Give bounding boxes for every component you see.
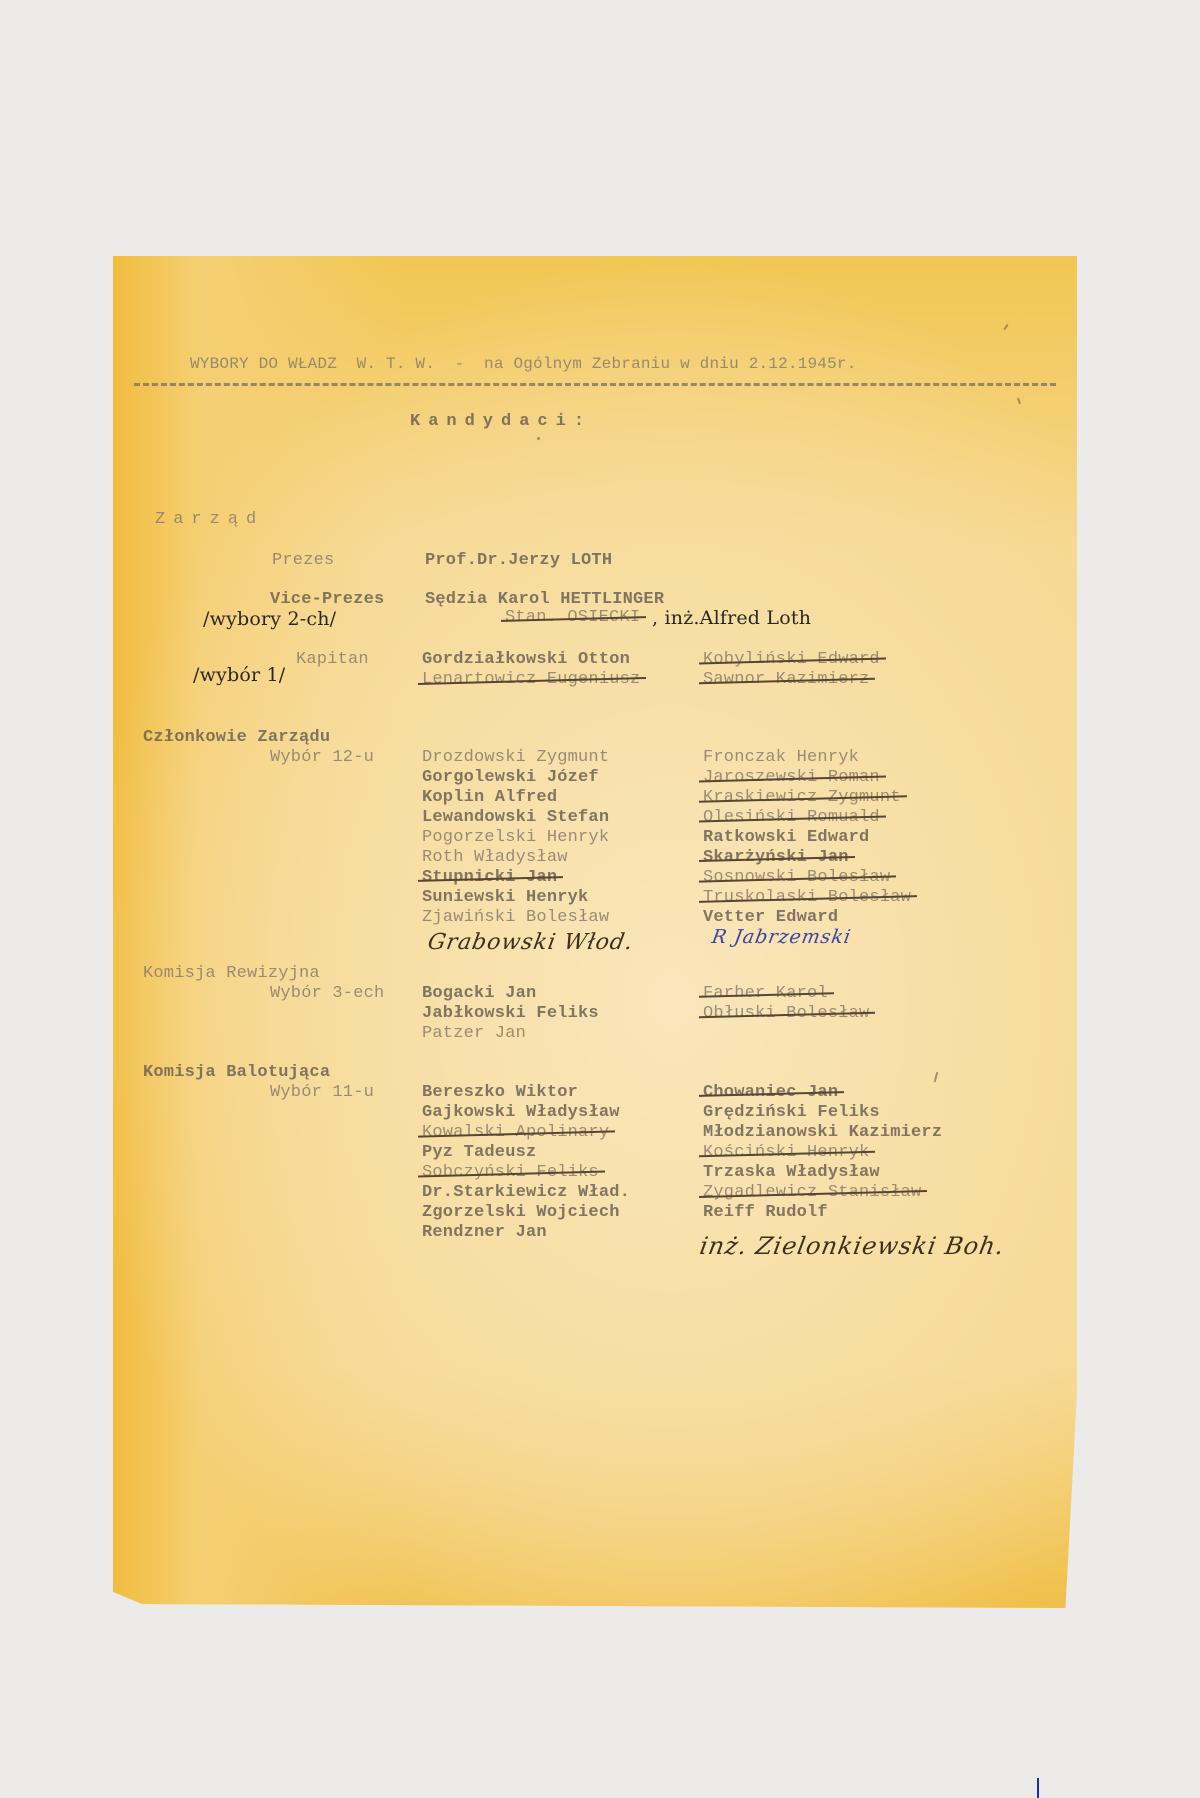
rewizyjna-note: Wybór 3-ech <box>270 984 384 1003</box>
czlonkowie-right-8: Vetter Edward <box>703 908 838 927</box>
blue-ink-mark <box>1037 1778 1039 1798</box>
rewizyjna-right-1-struck: Obłuski Bolesław <box>703 1004 869 1023</box>
czlonkowie-left-6-struck: Stupnicki Jan <box>422 868 557 887</box>
balotujaca-right-4: Trzaska Władysław <box>703 1163 880 1182</box>
handwritten-zielonkiewski: inż. Zielonkiewski Boh. <box>698 1232 1007 1260</box>
balotujaca-right-6: Reiff Rudolf <box>703 1203 828 1222</box>
role-label-kapitan: Kapitan <box>296 650 369 669</box>
czlonkowie-right-2-struck: Kraskiewicz Zygmunt <box>703 788 901 807</box>
section-heading-czlonkowie: Członkowie Zarządu <box>143 728 330 747</box>
vice-prezes-note: /wybory 2-ch/ <box>203 608 336 630</box>
candidate-vice-3-added: , inż.Alfred Loth <box>652 607 811 629</box>
balotujaca-left-4-struck: Sobczyński Feliks <box>422 1163 599 1182</box>
czlonkowie-note: Wybór 12-u <box>270 748 374 767</box>
balotujaca-right-5-struck: Zygadlewicz Stanisław <box>703 1183 921 1202</box>
kapitan-note: /wybór 1/ <box>193 664 285 686</box>
czlonkowie-right-7-struck: Truskolaski Bolesław <box>703 888 911 907</box>
balotujaca-right-0-struck: Chowaniec Jan <box>703 1083 838 1102</box>
section-heading-rewizyjna: Komisja Rewizyjna <box>143 964 320 983</box>
balotujaca-left-6: Zgorzelski Wojciech <box>422 1203 620 1222</box>
rewizyjna-left-0: Bogacki Jan <box>422 984 536 1003</box>
czlonkowie-left-4: Pogorzelski Henryk <box>422 828 609 847</box>
czlonkowie-right-0: Fronczak Henryk <box>703 748 859 767</box>
czlonkowie-right-4: Ratkowski Edward <box>703 828 869 847</box>
kapitan-left-0: Gordziałkowski Otton <box>422 650 630 669</box>
candidate-prezes: Prof.Dr.Jerzy LOTH <box>425 551 612 570</box>
stray-dot <box>537 437 540 440</box>
kapitan-right-1-struck: Sawnor Kazimierz <box>703 670 869 689</box>
czlonkowie-left-5: Roth Władysław <box>422 848 568 867</box>
candidate-vice-2-struck: Stan. OSIECKI <box>505 608 640 627</box>
czlonkowie-right-3-struck: Olesiński Romuald <box>703 808 880 827</box>
czlonkowie-left-0: Drozdowski Zygmunt <box>422 748 609 767</box>
balotujaca-right-1: Grędziński Feliks <box>703 1103 880 1122</box>
czlonkowie-left-1: Gorgolewski Józef <box>422 768 599 787</box>
balotujaca-left-5: Dr.Starkiewicz Wład. <box>422 1183 630 1202</box>
czlonkowie-right-1-struck: Jaroszewski Roman <box>703 768 880 787</box>
section-heading-zarzad: Zarząd <box>155 510 264 529</box>
section-heading-balotujaca: Komisja Balotująca <box>143 1063 330 1082</box>
handwritten-grabowski: Grabowski Włod. <box>426 930 636 955</box>
handwritten-jabrzemski: R Jabrzemski <box>710 926 853 948</box>
role-label-vice-prezes: Vice-Prezes <box>270 590 384 609</box>
kapitan-right-0-struck: Kobyliński Edward <box>703 650 880 669</box>
balotujaca-right-2: Młodzianowski Kazimierz <box>703 1123 942 1142</box>
candidates-heading: Kandydaci: <box>410 412 592 431</box>
czlonkowie-left-3: Lewandowski Stefan <box>422 808 609 827</box>
balotujaca-left-7: Rendzner Jan <box>422 1223 547 1242</box>
document-title: WYBORY DO WŁADZ W. T. W. - na Ogólnym Ze… <box>190 355 857 373</box>
balotujaca-left-1: Gajkowski Władysław <box>422 1103 620 1122</box>
czlonkowie-right-6-struck: Sosnowski Bolesław <box>703 868 890 887</box>
balotujaca-left-3: Pyz Tadeusz <box>422 1143 536 1162</box>
kapitan-left-1-struck: Lenartowicz Eugeniusz <box>422 670 640 689</box>
czlonkowie-left-7: Suniewski Henryk <box>422 888 588 907</box>
rewizyjna-left-1: Jabłkowski Feliks <box>422 1004 599 1023</box>
rewizyjna-left-2: Patzer Jan <box>422 1024 526 1043</box>
balotujaca-right-3-struck: Kościński Henryk <box>703 1143 869 1162</box>
balotujaca-left-2-struck: Kowalski Apolinary <box>422 1123 609 1142</box>
rewizyjna-right-0-struck: Farher Karol <box>703 984 828 1003</box>
balotujaca-note: Wybór 11-u <box>270 1083 374 1102</box>
czlonkowie-left-2: Koplin Alfred <box>422 788 557 807</box>
role-label-prezes: Prezes <box>272 551 334 570</box>
title-divider <box>134 383 1056 386</box>
candidate-vice-1: Sędzia Karol HETTLINGER <box>425 590 664 609</box>
czlonkowie-right-5-struck: Skarżyński Jan <box>703 848 849 867</box>
czlonkowie-left-8: Zjawiński Bolesław <box>422 908 609 927</box>
balotujaca-left-0: Bereszko Wiktor <box>422 1083 578 1102</box>
